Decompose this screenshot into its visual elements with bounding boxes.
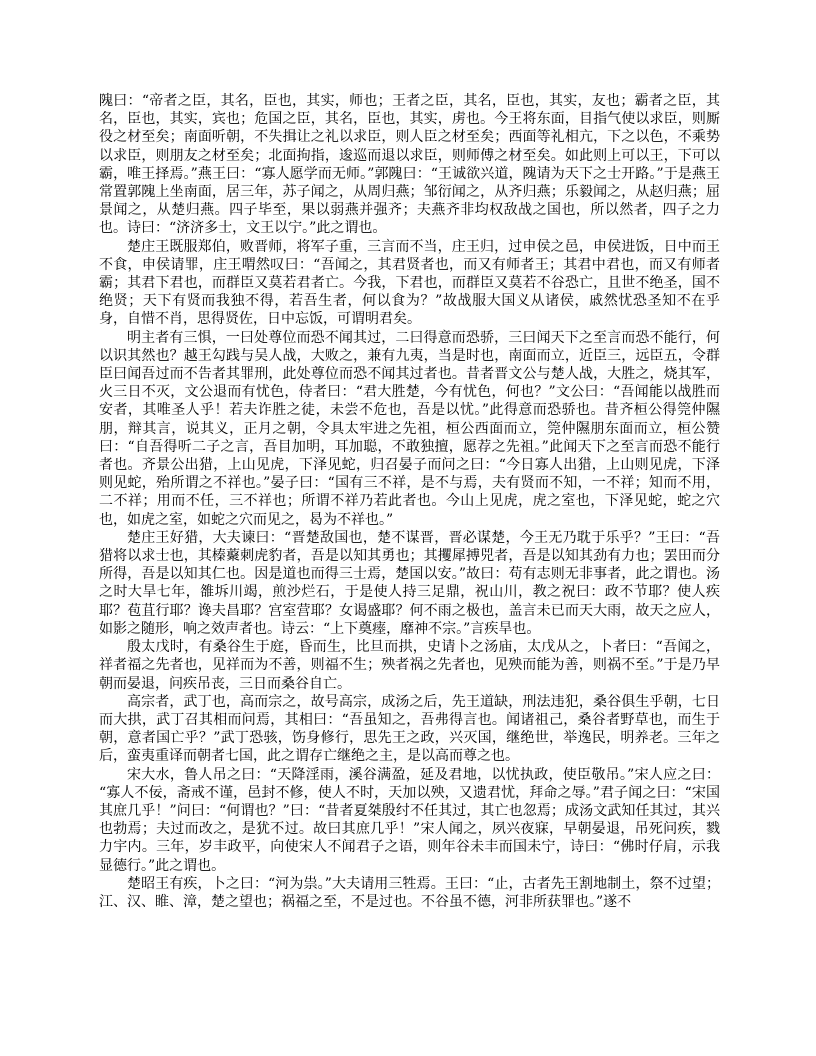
paragraph: 隗曰：“帝者之臣，其名，臣也，其实，师也；王者之臣，其名，臣也，其实，友也；霸者…: [99, 92, 720, 238]
paragraph: 楚昭王有疾，卜之曰：“河为祟。”大夫请用三牲焉。王曰：“止，古者先王割地制土，祭…: [99, 875, 720, 911]
document-page: 隗曰：“帝者之臣，其名，臣也，其实，师也；王者之臣，其名，臣也，其实，友也；霸者…: [0, 0, 816, 1056]
paragraph: 楚庄王好猎，大夫谏曰：“晋楚敌国也，楚不谋晋，晋必谋楚，今王无乃耽于乐乎？”王曰…: [99, 529, 720, 638]
text-block: 隗曰：“帝者之臣，其名，臣也，其实，师也；王者之臣，其名，臣也，其实，友也；霸者…: [99, 92, 720, 911]
paragraph: 高宗者，武丁也，高而宗之，故号高宗，成汤之后，先王道缺，刑法违犯，桑谷俱生乎朝，…: [99, 693, 720, 766]
paragraph: 殷太戊时，有桑谷生于庭，昏而生，比旦而拱，史请卜之汤庙，太戊从之，卜者曰：“吾闻…: [99, 638, 720, 693]
paragraph: 楚庄王既服郑伯，败晋师，将军子重，三言而不当，庄王归，过申侯之邑，申侯进饭，日中…: [99, 238, 720, 329]
paragraph: 明主者有三惧，一曰处尊位而恐不闻其过，二曰得意而恐骄，三曰闻天下之至言而恐不能行…: [99, 329, 720, 529]
paragraph: 宋大水，鲁人吊之曰：“天降淫雨，溪谷满盈，延及君地，以忧执政，使臣敬吊。”宋人应…: [99, 766, 720, 875]
